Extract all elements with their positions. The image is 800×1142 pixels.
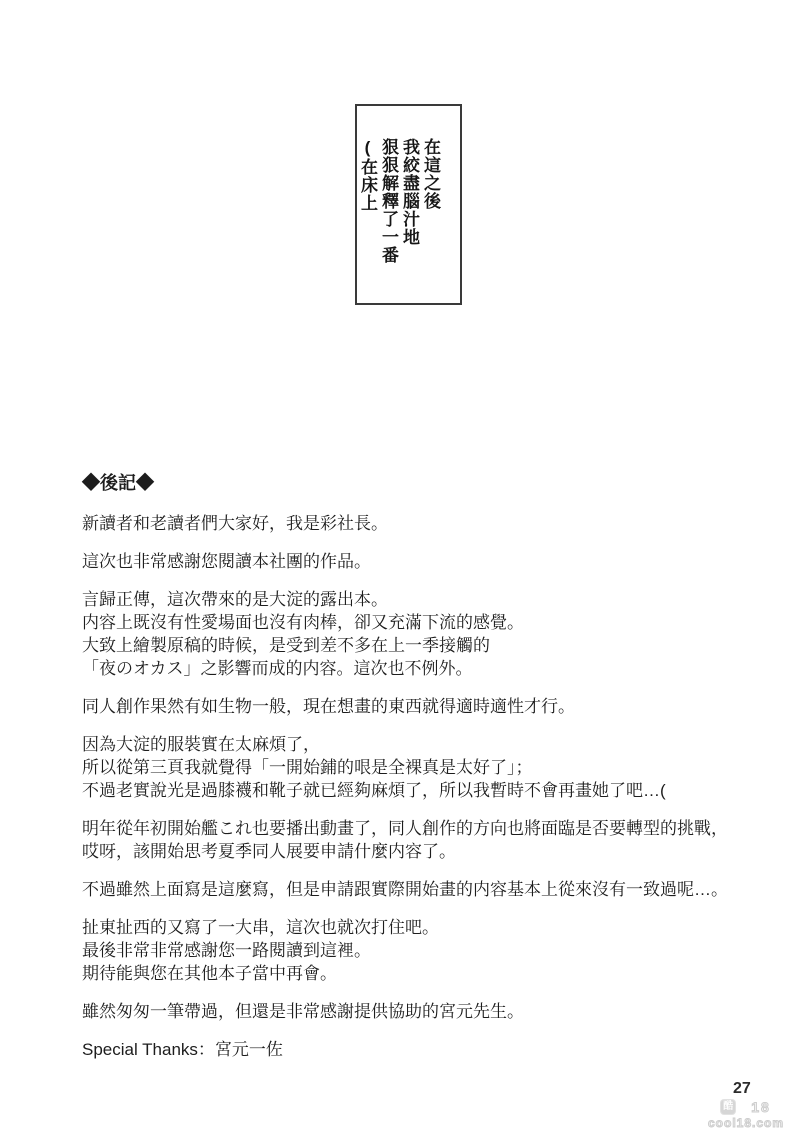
afterword-heading: ◆後記◆ <box>82 472 772 495</box>
afterword-paragraphs: 新讀者和老讀者們大家好，我是彩社長。這次也非常感謝您閱讀本社團的作品。言歸正傳，… <box>82 512 772 1061</box>
afterword-section: ◆後記◆ 新讀者和老讀者們大家好，我是彩社長。這次也非常感謝您閱讀本社團的作品。… <box>82 472 772 1076</box>
paragraph: 雖然匆匆一筆帶過，但還是非常感謝提供協助的宮元先生。 <box>82 1000 772 1023</box>
narration-box: 在這之後 我絞盡腦汁地 狠狠解釋了一番 (在床上 <box>355 104 462 305</box>
watermark-top-row: 酷 18 <box>700 1099 792 1115</box>
paragraph: 扯東扯西的又寫了一大串，這次也就次打住吧。 最後非常非常感謝您一路閱讀到這裡。 … <box>82 916 772 985</box>
watermark-domain: cool18.com <box>700 1116 792 1130</box>
paragraph: 明年從年初開始艦これ也要播出動畫了，同人創作的方向也將面臨是否要轉型的挑戰， 哎… <box>82 817 772 863</box>
watermark-number: 18 <box>751 1099 771 1115</box>
page-number: 27 <box>733 1080 751 1098</box>
paragraph: 言歸正傳，這次帶來的是大淀的露出本。 内容上既沒有性愛場面也沒有肉棒，卻又充滿下… <box>82 588 772 680</box>
narration-vertical-text: 在這之後 我絞盡腦汁地 狠狠解釋了一番 (在床上 <box>357 106 450 303</box>
paragraph: 因為大淀的服裝實在太麻煩了， 所以從第三頁我就覺得「一開始鋪的哏是全裸真是太好了… <box>82 733 772 802</box>
paragraph: 不過雖然上面寫是這麼寫，但是申請跟實際開始畫的内容基本上從來沒有一致過呢…。 <box>82 878 772 901</box>
paragraph: Special Thanks：宮元一佐 <box>82 1038 772 1061</box>
paragraph: 新讀者和老讀者們大家好，我是彩社長。 <box>82 512 772 535</box>
watermark-badge-icon: 酷 <box>721 1100 735 1114</box>
paragraph: 同人創作果然有如生物一般，現在想畫的東西就得適時適性才行。 <box>82 695 772 718</box>
watermark: 酷 18 cool18.com <box>700 1099 792 1130</box>
paragraph: 這次也非常感謝您閱讀本社團的作品。 <box>82 550 772 573</box>
